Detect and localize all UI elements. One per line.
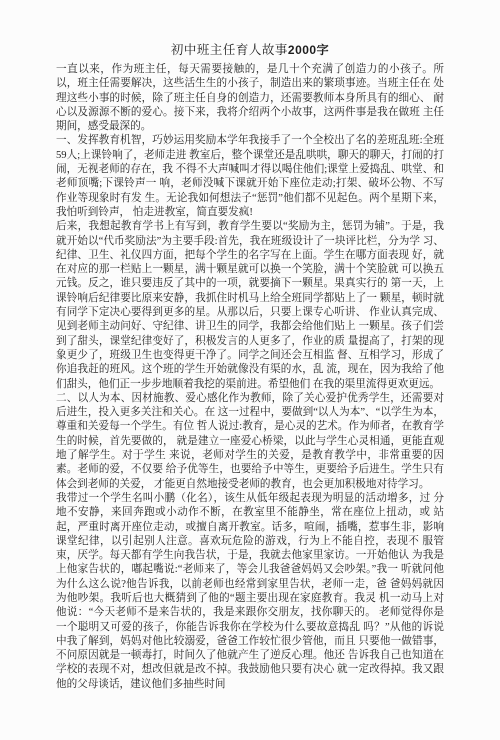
- page-title-word-count: 2000字: [288, 43, 329, 57]
- page-title: 初中班主任育人故事2000字: [0, 0, 500, 58]
- paragraph: 一、发挥教育机智，巧妙运用奖励本学年我接手了一个全校出了名的差班乱班:全班59人…: [56, 134, 444, 220]
- paragraph: 后来，我想起教育学书上有写到，教育学生要以“奖励为主，惩罚为辅”。于是，我就开始…: [56, 220, 444, 392]
- paragraph: 我带过一个学生名叫小鹏（化名），该生从低年级起表现为明显的活动增多，过 分地不安…: [56, 492, 444, 692]
- page-title-main: 初中班主任育人故事: [171, 43, 288, 57]
- paragraph: 二、以人为本、因材施教、爱心感化作为教师，除了关心爱护优秀学生，还需要对后进生，…: [56, 392, 444, 492]
- document-page: 初中班主任育人故事2000字 一直以来，作为班主任，每天需要接触的，是几十个充满…: [0, 0, 500, 740]
- paragraph: 一直以来，作为班主任，每天需要接触的，是几十个充满了创造力的小孩子。所 以，班主…: [56, 63, 444, 134]
- document-body: 一直以来，作为班主任，每天需要接触的，是几十个充满了创造力的小孩子。所 以，班主…: [56, 63, 444, 692]
